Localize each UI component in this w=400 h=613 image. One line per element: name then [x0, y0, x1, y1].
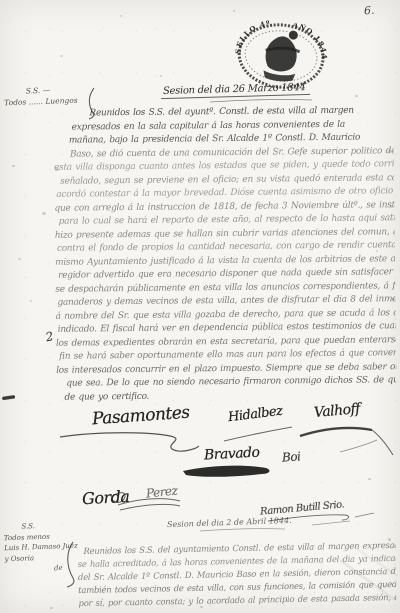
signature-valhoff: Valhoff: [313, 401, 360, 421]
signature-secretary: Ramon Butill Srio.: [260, 499, 345, 517]
session2-margin-note: S.S. Todos menos Luis H. Damaso Juez y O…: [3, 520, 78, 565]
manuscript-line: que sea. De lo que no siendo necesario f…: [56, 374, 396, 391]
signature-perez: Perez: [145, 483, 178, 500]
signature-hidalbez: Hidalbez: [227, 404, 283, 426]
session1-heading: Sesion del dia 26 Marzo 1844: [161, 82, 310, 99]
speck: [200, 606, 203, 608]
speck: [388, 538, 391, 541]
speck: [388, 150, 391, 153]
session1-margin-note: S.S. — Todos ...... Luengos: [4, 84, 78, 109]
rubric-secretary-dash: [355, 513, 374, 517]
signature-gorda: Gorda: [82, 487, 130, 508]
speck: [368, 478, 371, 480]
manuscript-line: de que yo certifico.: [56, 390, 217, 405]
speck: [355, 95, 358, 97]
rubric-valhoff-tail: [372, 430, 393, 455]
rubric-valhoff-tail: [340, 440, 377, 452]
margin-attendance: Todos ...... Luengos: [4, 95, 78, 109]
session1-body: Reunidos los S.S. del ayuntº. Constl. de…: [53, 104, 396, 405]
rubric-valhoff: [300, 428, 372, 436]
speck: [42, 212, 46, 215]
rubric-bravado: [183, 466, 269, 477]
session2-dateline: Sesion del dia 2 de Abril 1844.: [167, 516, 292, 529]
speck: [12, 165, 15, 167]
seal-figure: [264, 35, 299, 73]
speck: [18, 258, 21, 260]
session2-body: Reunidos los S.S. del ayuntamiento Const…: [77, 540, 396, 611]
speck: [233, 10, 235, 12]
margin-attendance: y Osoria: [4, 551, 78, 564]
speck: [30, 300, 32, 302]
speck: [160, 75, 162, 77]
signature-pasamontes: Pasamontes: [91, 403, 190, 430]
speck: [120, 15, 122, 17]
speck: [392, 298, 394, 301]
manuscript-page: 6. SELLO 4º AÑO 1844 40 Ms Sesion del di…: [0, 0, 400, 613]
speck: [390, 205, 392, 208]
ink-blot: [2, 395, 15, 400]
speck: [376, 250, 378, 252]
rubric-pasamontes: [60, 433, 199, 451]
speck: [55, 168, 59, 171]
page-number: 6.: [364, 4, 375, 18]
margin-mark-de: de: [54, 564, 63, 573]
rubric-hidalbez: [224, 427, 292, 441]
signature-bravado: Bravado: [204, 445, 260, 464]
heading-underline-flourish: [210, 100, 312, 102]
speck: [60, 55, 63, 57]
margin-mark-2: 2: [43, 329, 54, 344]
signature-boi: Boi: [282, 449, 301, 464]
speck: [50, 607, 53, 609]
